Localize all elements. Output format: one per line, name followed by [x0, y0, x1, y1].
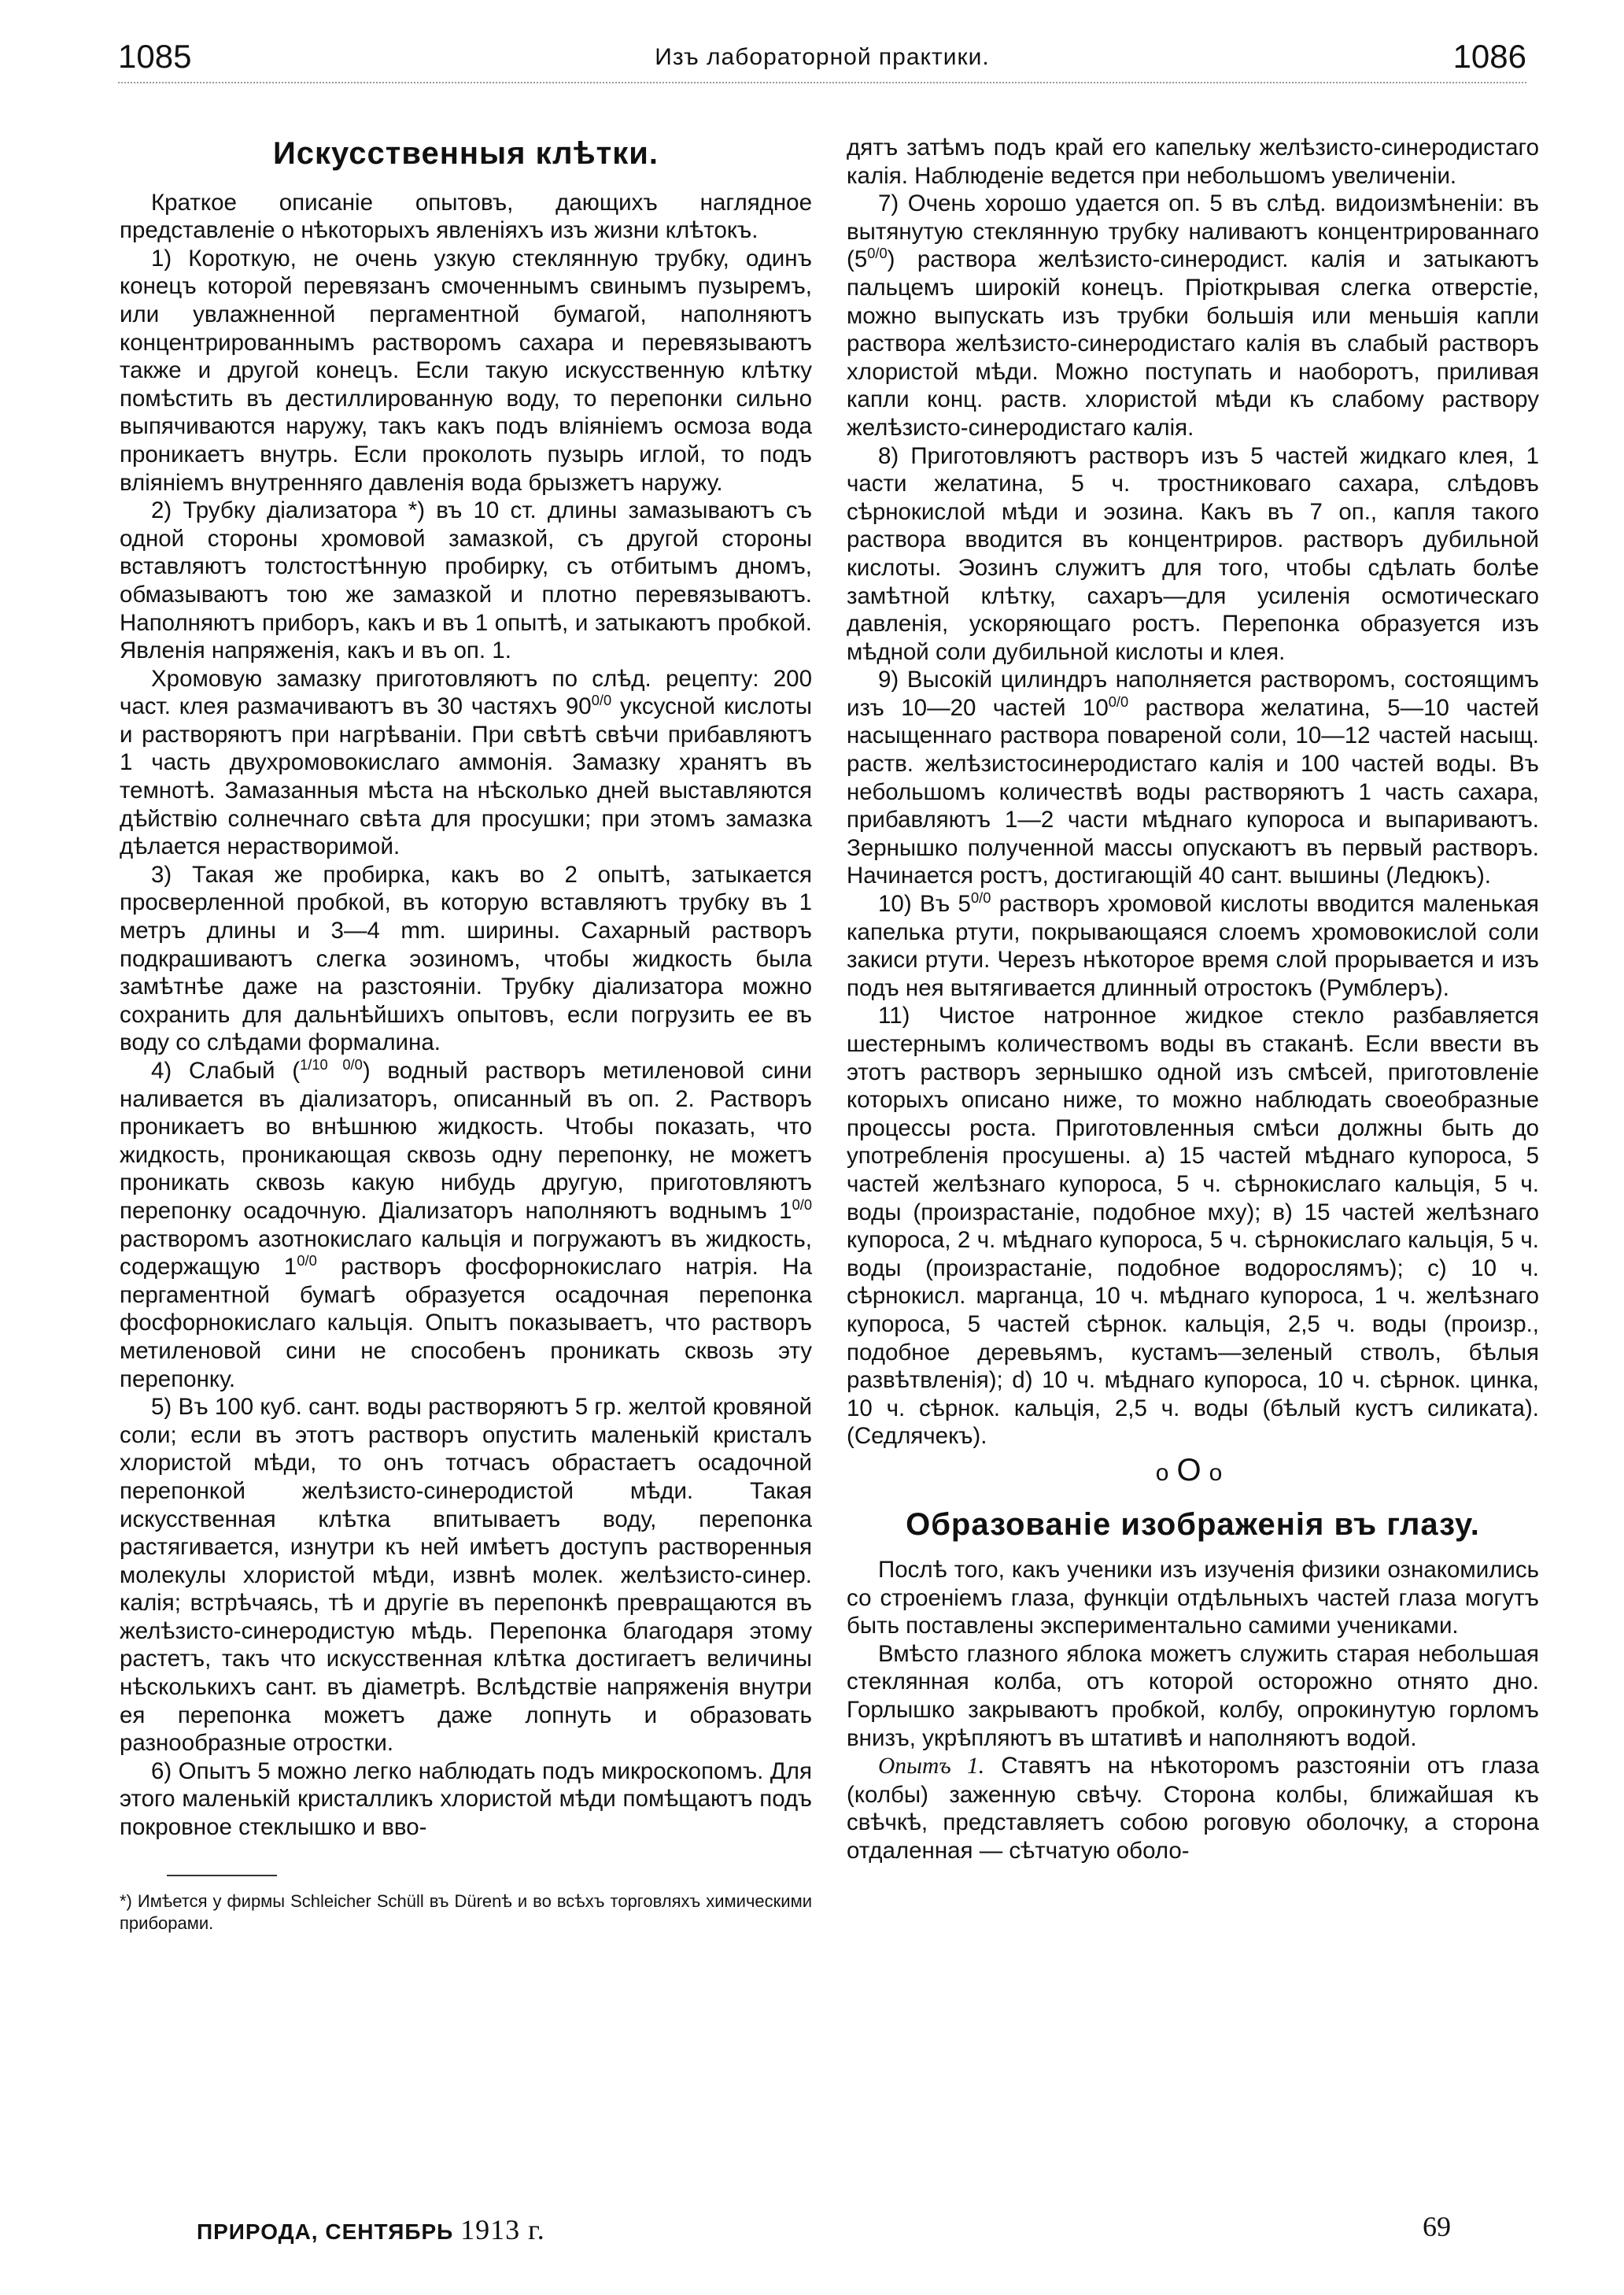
experiment-3: 3) Такая же пробирка, какъ во 2 опытѣ, з… — [120, 861, 812, 1057]
experiment-2: 2) Трубку діализатора *) въ 10 ст. длины… — [120, 497, 812, 665]
running-title: Изъ лабораторной практики. — [118, 44, 1526, 71]
experiment-11: 11) Чистое натронное жидкое стекло разба… — [847, 1002, 1539, 1451]
page-header: 1085 Изъ лабораторной практики. 1086 — [118, 38, 1526, 93]
journal-imprint: ПРИРОДА, СЕНТЯБРЬ 1913 г. — [197, 2213, 545, 2246]
journal-year: 1913 г. — [460, 2214, 545, 2245]
eye-paragraph-2: Вмѣсто глазного яблока можетъ служить ст… — [847, 1640, 1539, 1752]
percent-sign: 0/0 — [297, 1252, 316, 1269]
experiment-9: 9) Высокій цилиндръ наполняется растворо… — [847, 666, 1539, 890]
experiment-6-continued: дятъ затѣмъ подъ край его капельку желѣз… — [847, 134, 1539, 190]
fraction: 1/10 0/0 — [300, 1056, 363, 1073]
footnote-divider — [167, 1875, 277, 1876]
article-title-eye-image: Образованіе изображенія въ глазу. — [847, 1511, 1539, 1539]
page-number-right: 1086 — [1453, 38, 1526, 76]
percent-sign: 0/0 — [971, 889, 991, 906]
left-column: Искусственныя клѣтки. Краткое описаніе о… — [120, 134, 812, 1935]
experiment-label: Опытъ 1. — [878, 1754, 984, 1779]
experiment-4: 4) Слабый (1/10 0/0) водный растворъ мет… — [120, 1057, 812, 1393]
journal-name: ПРИРОДА, СЕНТЯБРЬ — [197, 2219, 453, 2244]
footnote-marker[interactable]: *) — [408, 497, 425, 523]
eye-paragraph-1: Послѣ того, какъ ученики изъ изученія фи… — [847, 1556, 1539, 1640]
chrome-putty-recipe: Хромовую замазку приготовляютъ по слѣд. … — [120, 665, 812, 861]
text: ) раствора желѣзисто-синеродист. калія и… — [847, 246, 1539, 441]
right-column: дятъ затѣмъ подъ край его капельку желѣз… — [847, 134, 1539, 1865]
experiment-1: 1) Короткую, не очень узкую стеклянную т… — [120, 245, 812, 497]
experiment-8: 8) Приготовляютъ растворъ изъ 5 частей ж… — [847, 442, 1539, 667]
article-lead: Краткое описаніе опытовъ, дающихъ нагляд… — [120, 189, 812, 245]
ornament-circle-icon: O — [1176, 1453, 1209, 1487]
experiment-6: 6) Опытъ 5 можно легко наблюдать подъ ми… — [120, 1757, 812, 1842]
ornament-dot-icon: o — [1156, 1460, 1177, 1486]
text: 2) Трубку діализатора — [151, 497, 397, 523]
text: раствора желатина, 5—10 частей насыщенна… — [847, 695, 1539, 889]
experiment-5: 5) Въ 100 куб. сант. воды растворяютъ 5 … — [120, 1393, 812, 1757]
percent-sign: 0/0 — [1109, 693, 1128, 710]
section-ornament: oOo — [847, 1457, 1539, 1487]
header-rule — [118, 82, 1526, 83]
eye-experiment-1: Опытъ 1. Ставятъ на нѣкоторомъ разстояні… — [847, 1752, 1539, 1864]
sheet-number: 69 — [1423, 2210, 1451, 2243]
experiment-10: 10) Въ 50/0 растворъ хромовой кислоты вв… — [847, 890, 1539, 1002]
percent-sign: 0/0 — [792, 1196, 812, 1213]
percent-sign: 0/0 — [867, 246, 887, 262]
ornament-dot-icon: o — [1209, 1460, 1231, 1486]
article-title-artificial-cells: Искусственныя клѣтки. — [120, 140, 812, 168]
experiment-7: 7) Очень хорошо удается оп. 5 въ слѣд. в… — [847, 190, 1539, 442]
text: 4) Слабый ( — [151, 1058, 300, 1084]
text: 10) Въ 5 — [878, 891, 971, 917]
footnote: *) Имѣется у фирмы Schleicher Schüll въ … — [120, 1890, 812, 1935]
percent-sign: 0/0 — [592, 692, 611, 708]
